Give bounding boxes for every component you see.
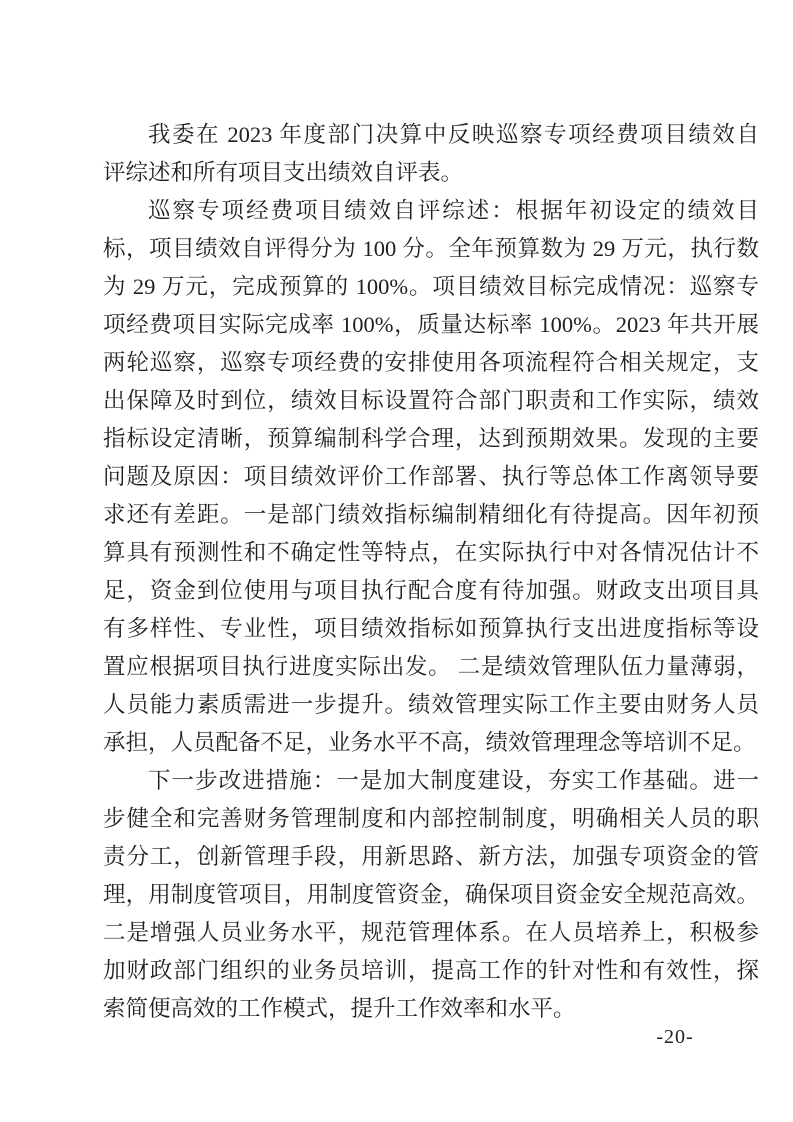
text-line: 巡察专项经费项目绩效自评综述：根据年初设定的绩效目 <box>103 192 759 230</box>
paragraph: 我委在 2023 年度部门决算中反映巡察专项经费项目绩效自评综述和所有项目支出绩… <box>103 116 759 192</box>
text-line: 出保障及时到位，绩效目标设置符合部门职责和工作实际，绩效 <box>103 382 759 420</box>
paragraph: 下一步改进措施：一是加大制度建设，夯实工作基础。进一步健全和完善财务管理制度和内… <box>103 762 759 1028</box>
text-line: 加财政部门组织的业务员培训，提高工作的针对性和有效性，探 <box>103 952 759 990</box>
text-line: 步健全和完善财务管理制度和内部控制制度，明确相关人员的职 <box>103 800 759 838</box>
text-line: 二是增强人员业务水平，规范管理体系。在人员培养上，积极参 <box>103 914 759 952</box>
document-page: 我委在 2023 年度部门决算中反映巡察专项经费项目绩效自评综述和所有项目支出绩… <box>0 0 793 1122</box>
text-line: 指标设定清晰，预算编制科学合理，达到预期效果。发现的主要 <box>103 420 759 458</box>
text-line: 算具有预测性和不确定性等特点，在实际执行中对各情况估计不 <box>103 534 759 572</box>
text-line: 问题及原因：项目绩效评价工作部署、执行等总体工作离领导要 <box>103 458 759 496</box>
text-line: 求还有差距。一是部门绩效指标编制精细化有待提高。因年初预 <box>103 496 759 534</box>
text-line: 下一步改进措施：一是加大制度建设，夯实工作基础。进一 <box>103 762 759 800</box>
text-line: 索简便高效的工作模式，提升工作效率和水平。 <box>103 990 759 1028</box>
text-line: 项经费项目实际完成率 100%，质量达标率 100%。2023 年共开展 <box>103 306 759 344</box>
text-line: 人员能力素质需进一步提升。绩效管理实际工作主要由财务人员 <box>103 686 759 724</box>
text-line: 我委在 2023 年度部门决算中反映巡察专项经费项目绩效自 <box>103 116 759 154</box>
text-line: 标，项目绩效自评得分为 100 分。全年预算数为 29 万元，执行数 <box>103 230 759 268</box>
text-line: 承担，人员配备不足，业务水平不高，绩效管理理念等培训不足。 <box>103 724 759 762</box>
text-line: 责分工，创新管理手段，用新思路、新方法，加强专项资金的管 <box>103 838 759 876</box>
text-line: 足，资金到位使用与项目执行配合度有待加强。财政支出项目具 <box>103 572 759 610</box>
paragraph: 巡察专项经费项目绩效自评综述：根据年初设定的绩效目标，项目绩效自评得分为 100… <box>103 192 759 762</box>
text-line: 理，用制度管项目，用制度管资金，确保项目资金安全规范高效。 <box>103 876 759 914</box>
text-line: 为 29 万元，完成预算的 100%。项目绩效目标完成情况：巡察专 <box>103 268 759 306</box>
document-body: 我委在 2023 年度部门决算中反映巡察专项经费项目绩效自评综述和所有项目支出绩… <box>103 116 759 1028</box>
text-line: 两轮巡察，巡察专项经费的安排使用各项流程符合相关规定，支 <box>103 344 759 382</box>
text-line: 评综述和所有项目支出绩效自评表。 <box>103 154 759 192</box>
page-number: -20- <box>640 1026 710 1049</box>
text-line: 置应根据项目执行进度实际出发。 二是绩效管理队伍力量薄弱， <box>103 648 759 686</box>
text-line: 有多样性、专业性，项目绩效指标如预算执行支出进度指标等设 <box>103 610 759 648</box>
